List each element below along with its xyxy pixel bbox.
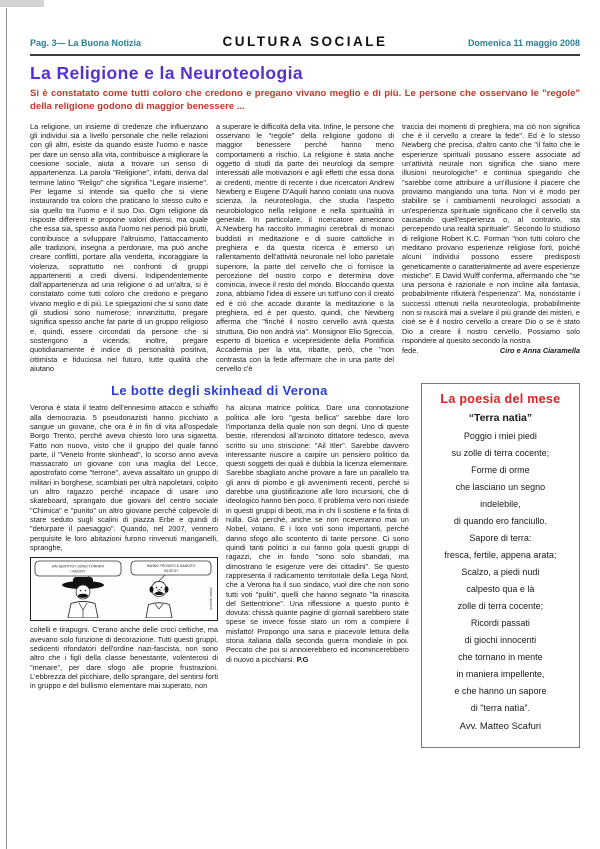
article1-signature-row: fede. Ciro e Anna Ciaramella [402,346,580,355]
article1-column-1: La religione, un insieme di credenze che… [30,122,208,373]
poem-line: calpesto qua e là [426,581,575,598]
editorial-cartoon: HAI SENTITO? SONO TORNATI I NAZISTI! HAN… [30,557,218,621]
article1-column-3: traccia dei momenti di preghiera, ma ciò… [402,122,580,373]
article1-column-2-text: a superare le difficoltà della vita. Inf… [216,122,394,373]
poem-of-the-month-box: La poesia del mese “Terra natìa” Poggio … [421,383,580,748]
article2-column-2: ha alcuna matrice politica. Dare una con… [226,403,409,690]
article2-column-1-text-bottom: coltelli e tirapugni. C'erano anche dell… [30,625,218,690]
newspaper-page: Pag. 3— La Buona Notizia CULTURA SOCIALE… [30,34,580,748]
poem-line: di "terra natìa". [426,700,575,717]
cartoon-drawing: HAI SENTITO? SONO TORNATI I NAZISTI! HAN… [31,558,217,618]
article1-title: La Religione e la Neuroteologia [30,63,580,84]
poem-box-title: La poesia del mese [426,392,575,406]
poem-line: in maniera impellente, [426,666,575,683]
page-number-label: Pag. 3— La Buona Notizia [30,38,190,48]
article1-last-word: fede. [402,346,418,355]
issue-date: Domenica 11 maggio 2008 [420,38,580,48]
poem-line: fresca, fertile, appena arata; [426,547,575,564]
poem-line: indelebile, [426,496,575,513]
article2-columns: Verona è stata il teatro dell'ennesimo a… [30,403,409,690]
article1-signature: Ciro e Anna Ciaramella [500,346,580,355]
poem-title: “Terra natìa” [426,412,575,424]
article2-column-2-text: ha alcuna matrice politica. Dare una con… [226,403,409,664]
bubble-left-line1: HAI SENTITO? SONO TORNATI [52,565,104,569]
scan-edge-line [6,8,7,849]
lower-section: Le botte degli skinhead di Verona Verona… [30,383,580,748]
poem-line: di giochi innocenti [426,632,575,649]
article1-column-2: a superare le difficoltà della vita. Inf… [216,122,394,373]
bubble-left-line2: I NAZISTI! [71,570,86,574]
bubble-right-line1: HANNO TROVATO IL BANDITO [147,564,196,568]
section-title: CULTURA SOCIALE [190,34,420,49]
scan-corner-smudge [0,0,44,7]
poem-line: Forme di orme [426,462,575,479]
poem-line: Ricordi passati [426,615,575,632]
poem-line: su zolle di terra cocente; [426,445,575,462]
cartoon-speech-bubble-right: HANNO TROVATO IL BANDITO GIUSTO? [131,561,211,581]
poem-line: Scalzo, a piedi nudi [426,564,575,581]
article2-signature: P.G [297,655,309,664]
masthead: Pag. 3— La Buona Notizia CULTURA SOCIALE… [30,34,580,49]
article2-column-1: Verona è stata il teatro dell'ennesimo a… [30,403,218,690]
article1-subtitle: Si è constatato come tutti coloro che cr… [30,87,580,114]
poem-line: Poggio i miei piedi [426,428,575,445]
poem-line: di quando ero fanciullo. [426,513,575,530]
article1-column-3-text: traccia dei momenti di preghiera, ma ciò… [402,122,580,346]
article2: Le botte degli skinhead di Verona Verona… [30,383,409,690]
cartoon-character-right [146,582,172,619]
poem-line: che lasciano un segno [426,479,575,496]
bubble-right-line2: GIUSTO? [164,569,178,573]
article2-column-2-body: ha alcuna matrice politica. Dare una con… [226,403,409,663]
poem-line: zolle di terra cocente; [426,598,575,615]
article1-columns: La religione, un insieme di credenze che… [30,122,580,373]
cartoon-character-left [62,577,104,618]
article2-title: Le botte degli skinhead di Verona [30,383,409,398]
cartoon-credit: ancillotti trattati [209,587,213,610]
poem-author: Avv. Matteo Scafuri [426,717,575,737]
poem-line: e che hanno un sapore [426,683,575,700]
masthead-rule [30,54,580,56]
article1-column-1-text: La religione, un insieme di credenze che… [30,122,208,373]
article2-column-1-text-top: Verona è stata il teatro dell'ennesimo a… [30,403,218,552]
poem-line: Sapore di terra: [426,530,575,547]
poem-line: che tornano in mente [426,649,575,666]
